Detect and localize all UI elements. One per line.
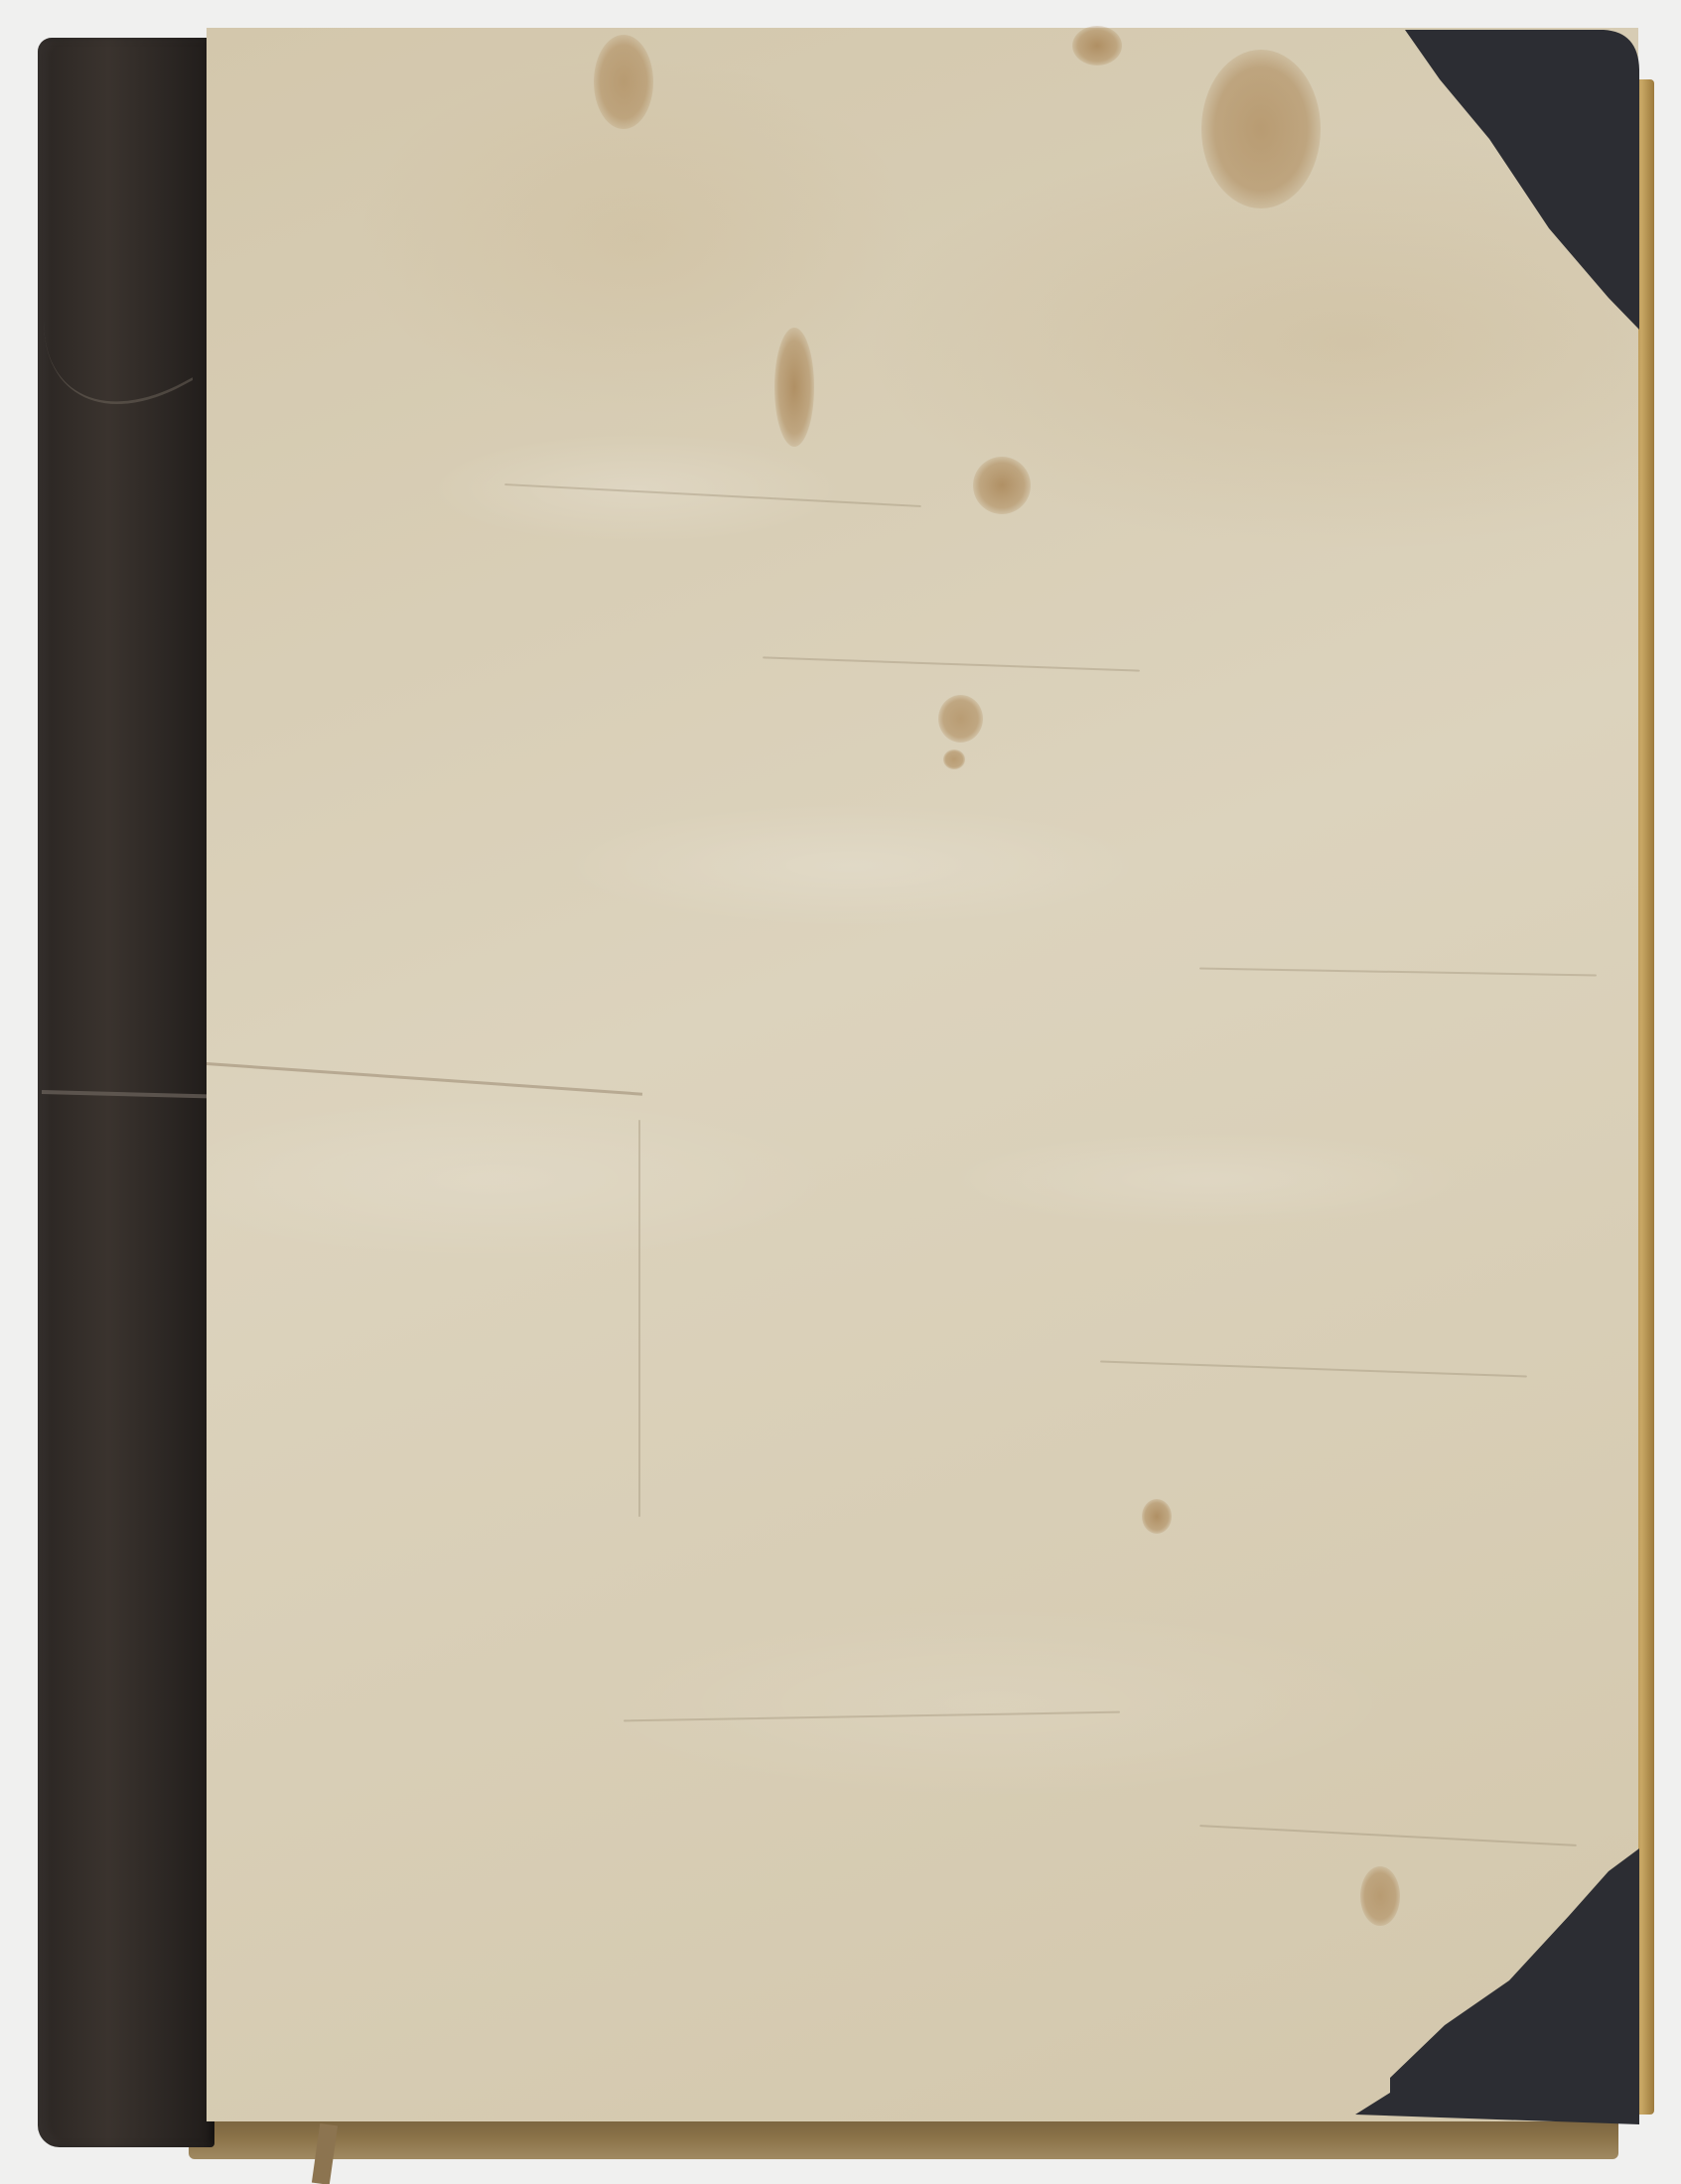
cloth-corners [0,0,1681,2184]
top-right-cloth-corner [1405,30,1639,330]
bottom-right-cloth-corner [1355,1848,1639,2124]
